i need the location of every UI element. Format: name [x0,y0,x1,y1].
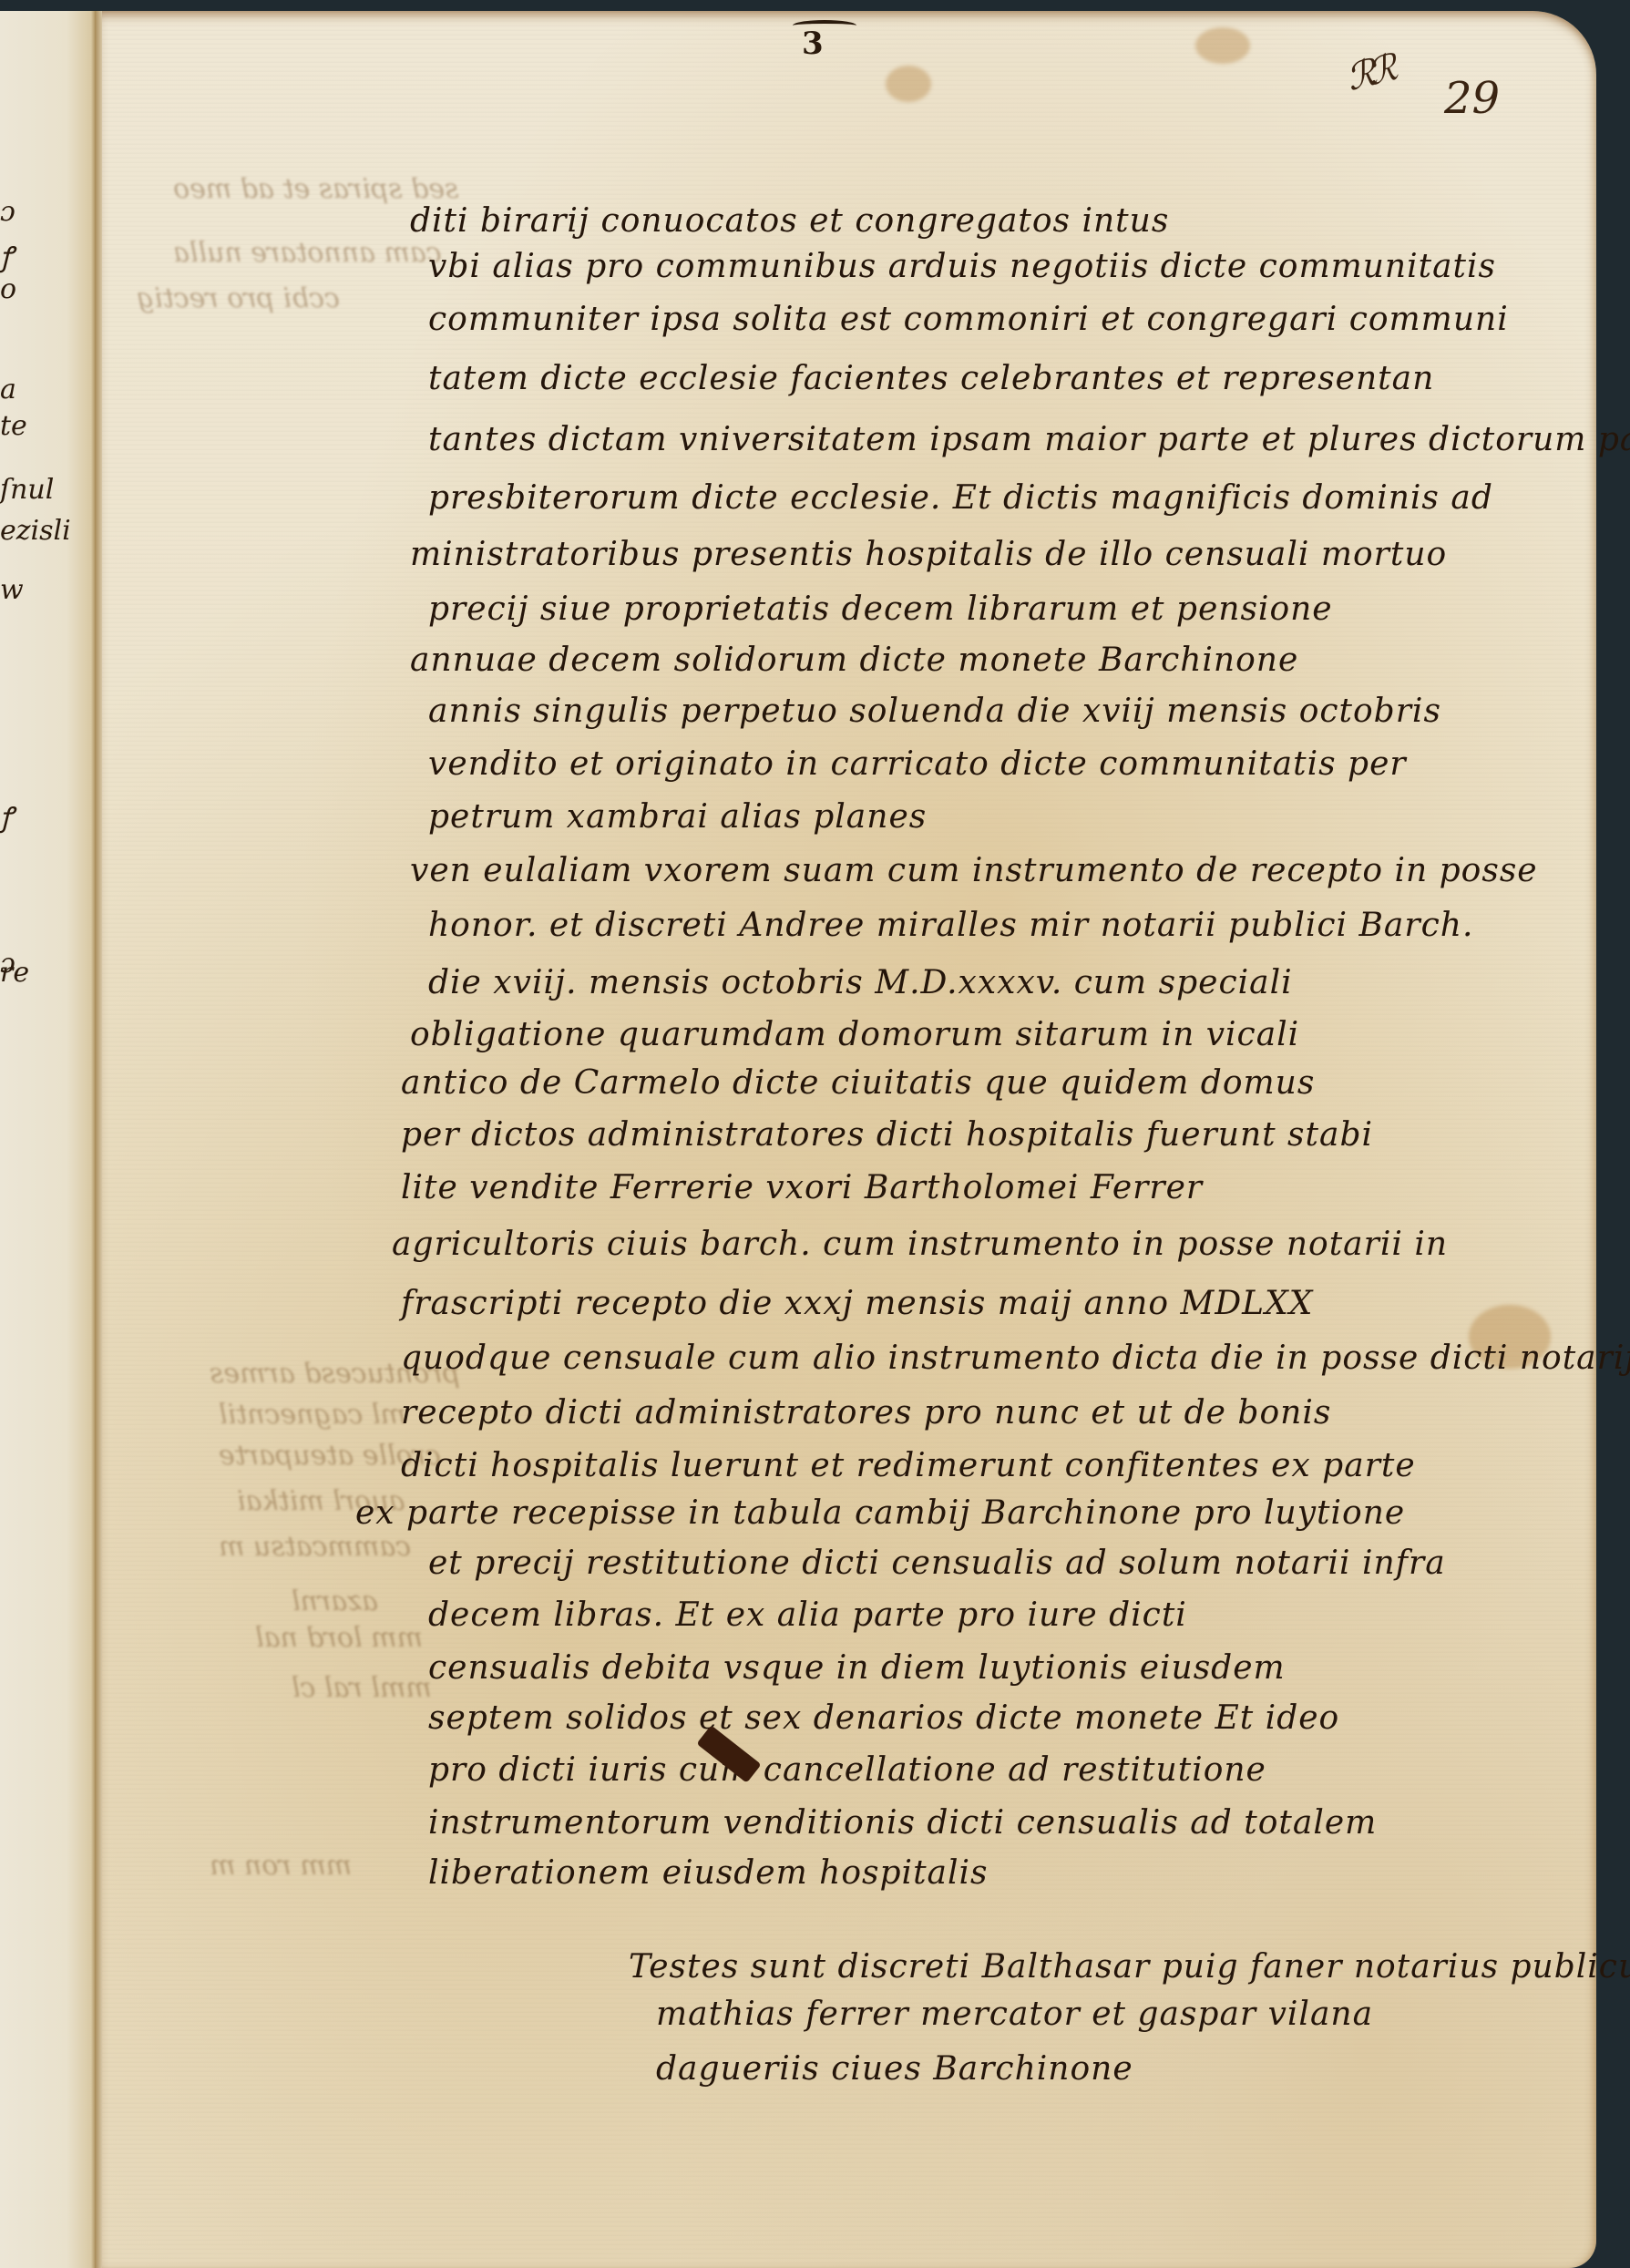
manuscript-line: petrum xambrai alias planes [428,798,927,836]
facing-page-fragment: te [0,410,91,442]
manuscript-line: septem solidos et sex denarios dicte mon… [428,1699,1339,1737]
manuscript-line: tantes dictam vniversitatem ipsam maior … [428,421,1630,458]
manuscript-line: ven eulaliam vxorem suam cum instrumento… [410,852,1538,889]
manuscript-line: ex parte recepisse in tabula cambij Barc… [355,1494,1405,1532]
manuscript-line: antico de Carmelo dicte ciuitatis que qu… [401,1064,1315,1102]
facing-page-fragment: ꝭ [0,237,91,274]
bleed-through-line: ccbi pro rectig [137,282,340,314]
top-center-mark: 3 [802,26,824,62]
bleed-through-line: cam annotare nulla [173,237,442,269]
manuscript-line: ministratoribus presentis hospitalis de … [410,536,1447,573]
facing-page-edge: ɔꝭoateſnulezisliwꝭɔre [0,11,97,2268]
manuscript-line: communiter ipsa solita est commoniri et … [428,301,1509,338]
witness-line: dagueriis ciues Barchinone [656,2050,1133,2088]
manuscript-scan: ɔꝭoateſnulezisliwꝭɔre sed spiras et ad m… [0,0,1630,2268]
manuscript-line: agricultoris ciuis barch. cum instrument… [392,1226,1448,1263]
facing-page-fragment: w [0,574,91,606]
folio-number: 29 [1444,73,1500,124]
manuscript-line: per dictos administratores dicti hospita… [401,1116,1373,1154]
manuscript-line: obligatione quarumdam domorum sitarum in… [410,1016,1299,1053]
facing-page-fragment: a [0,374,91,405]
facing-page-fragment: re [0,957,91,989]
facing-page-fragment: o [0,273,91,305]
manuscript-line: precij siue proprietatis decem librarum … [428,590,1333,628]
manuscript-line: tatem dicte ecclesie facientes celebrant… [428,360,1434,397]
manuscript-line: instrumentorum venditionis dicti censual… [428,1804,1377,1842]
facing-page-fragment: ezisli [0,515,91,547]
bleed-through-line: sed spiras et ad meo [173,173,458,205]
manuscript-line: et precij restitutione dicti censualis a… [428,1544,1446,1582]
manuscript-line: quodque censuale cum alio instrumento di… [401,1339,1630,1377]
manuscript-line: vbi alias pro communibus arduis negotiis… [428,248,1496,285]
manuscript-line: diti birarij conuocatos et congregatos i… [410,202,1169,240]
witness-line: Testes sunt discreti Balthasar puig fane… [629,1948,1630,1986]
foxing-stain [886,66,931,102]
manuscript-line: censualis debita vsque in diem luytionis… [428,1649,1286,1687]
bleed-through-line: azarnl [292,1586,378,1617]
bleed-through-line: mm ron m [210,1850,352,1882]
manuscript-line: recepto dicti administratores pro nunc e… [401,1394,1331,1432]
witness-line: mathias ferrer mercator et gaspar vilana [656,1996,1373,2033]
manuscript-line: decem libras. Et ex alia parte pro iure … [428,1596,1187,1634]
facing-page-fragment: ſnul [0,474,91,506]
manuscript-line: frascripti recepto die xxxj mensis maij … [401,1285,1313,1322]
facing-page-fragment: ɔ [0,196,91,228]
manuscript-line: annuae decem solidorum dicte monete Barc… [410,641,1298,679]
manuscript-line: presbiterorum dicte ecclesie. Et dictis … [428,479,1493,517]
bleed-through-line: ml cagnecntil [219,1399,406,1431]
foxing-stain [1195,27,1250,64]
bleed-through-line: mm lord nal [255,1622,423,1654]
bleed-through-line: cammcatsu m [219,1531,411,1563]
manuscript-line: die xviij. mensis octobris M.D.xxxxv. cu… [428,964,1293,1001]
facing-page-fragment: ꝭ [0,797,91,835]
manuscript-line: pro dicti iuris cum cancellatione ad res… [428,1751,1266,1789]
manuscript-line: lite vendite Ferrerie vxori Bartholomei … [401,1169,1203,1206]
bleed-through-line: mml ral cl [292,1672,432,1704]
manuscript-line: liberationem eiusdem hospitalis [428,1854,989,1892]
manuscript-line: honor. et discreti Andree miralles mir n… [428,907,1473,944]
manuscript-line: vendito et originato in carricato dicte … [428,745,1407,783]
manuscript-line: annis singulis perpetuo soluenda die xvi… [428,693,1441,730]
manuscript-line: dicti hospitalis luerunt et redimerunt c… [401,1447,1416,1484]
